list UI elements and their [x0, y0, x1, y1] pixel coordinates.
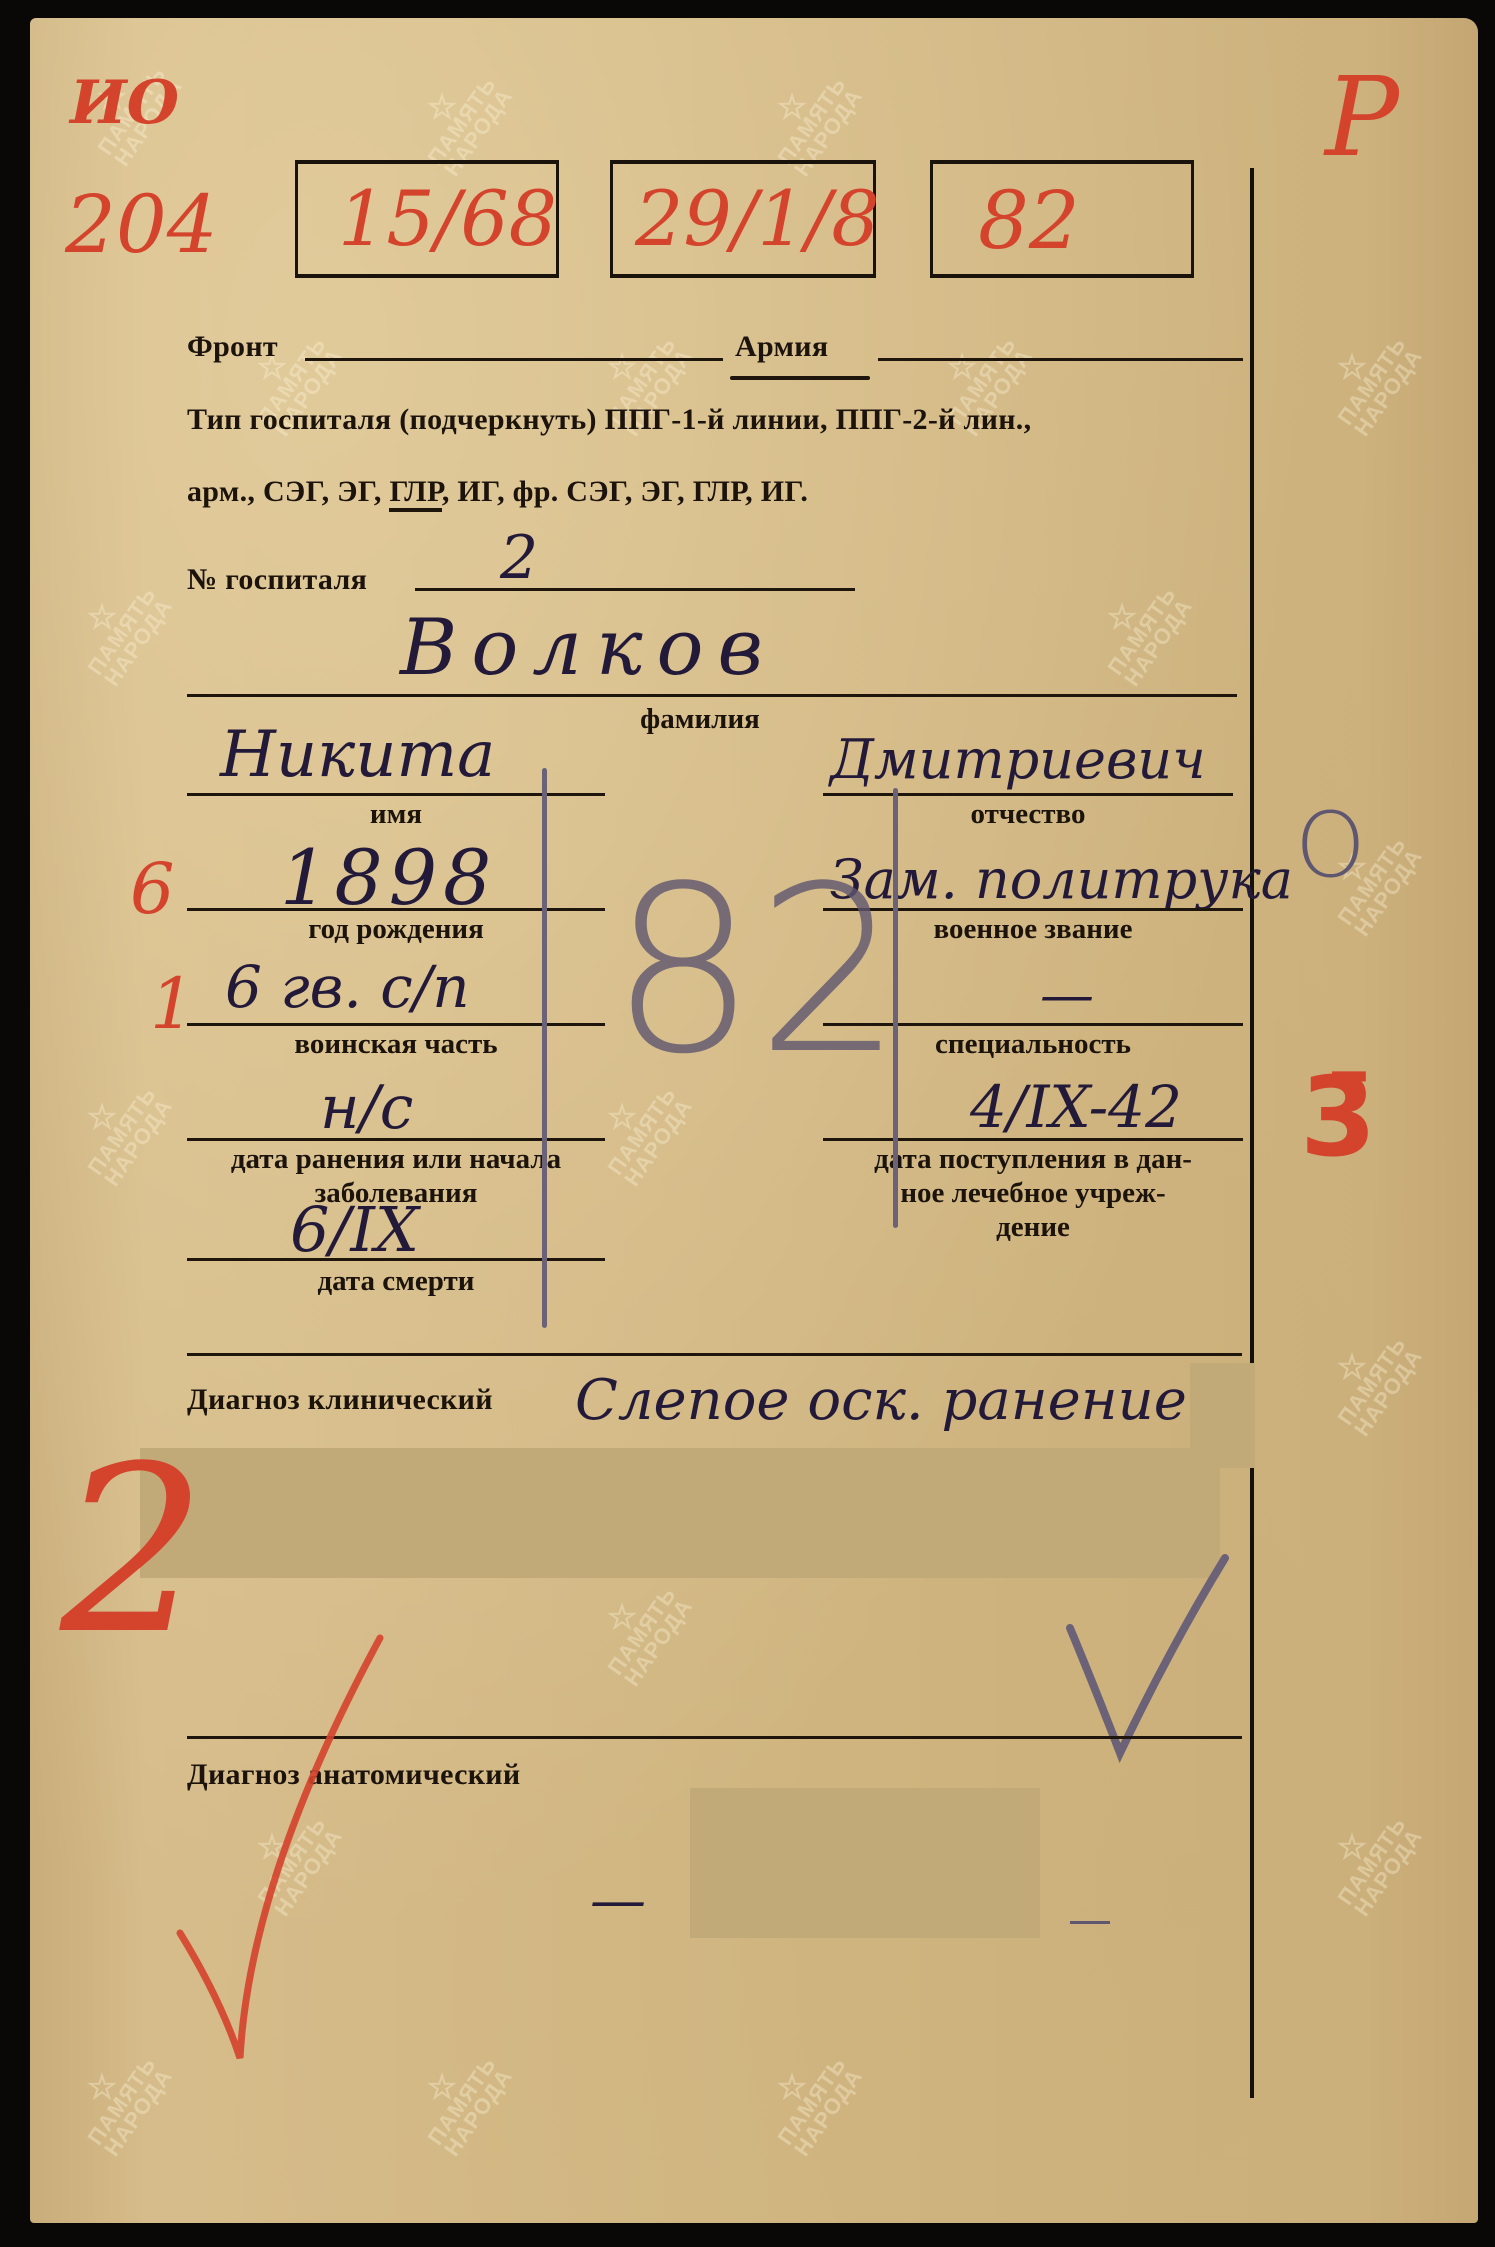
- admission-date-label-2: ное лечебное учреж-: [823, 1176, 1243, 1210]
- star-icon: ☆: [572, 1107, 673, 1127]
- admission-date-value: 4/IX-42: [970, 1073, 1182, 1141]
- watermark: ☆ПАМЯТЬНАРОДА: [1315, 320, 1425, 440]
- army-underline: [730, 376, 870, 380]
- unit-value: 6 гв. с/п: [225, 953, 470, 1021]
- pencil-dash: [1070, 1921, 1110, 1924]
- redaction-block: [690, 1788, 1040, 1938]
- front-label: Фронт: [187, 330, 278, 364]
- hospital-type-line2: арм., СЭГ, ЭГ, ГЛР, ИГ, фр. СЭГ, ЭГ, ГЛР…: [187, 475, 808, 509]
- star-icon: ☆: [742, 97, 843, 117]
- specialty-value: —: [1040, 963, 1094, 1026]
- header-box-1-value: 15/68: [338, 174, 557, 263]
- header-box-2: 29/1/8: [610, 160, 876, 278]
- hospital-number-value: 2: [500, 523, 538, 593]
- pencil-stroke-left: [542, 768, 547, 1328]
- hospital-number-label: № госпиталя: [187, 563, 367, 597]
- front-field-line: [305, 358, 723, 361]
- star-icon: ☆: [1302, 357, 1403, 377]
- watermark: ☆ПАМЯТЬНАРОДА: [1315, 1320, 1425, 1440]
- star-icon: ☆: [1302, 1837, 1403, 1857]
- watermark: ☆ПАМЯТЬНАРОДА: [585, 1570, 695, 1690]
- red-check-icon: [150, 1618, 410, 2078]
- surname-line: [187, 694, 1237, 697]
- watermark: ☆ПАМЯТЬНАРОДА: [1085, 570, 1195, 690]
- army-label: Армия: [735, 330, 828, 364]
- wound-date-value: н/с: [320, 1073, 413, 1143]
- star-icon: ☆: [1302, 1357, 1403, 1377]
- hospital-type-line1: Тип госпиталя (подчеркнуть) ППГ-1-й лини…: [187, 403, 1031, 437]
- margin-note-top-left-2: 204: [65, 178, 218, 271]
- margin-note-birth: 6: [130, 848, 175, 930]
- patronymic-label: отчество: [823, 797, 1233, 831]
- admission-date-label-3: дение: [823, 1210, 1243, 1244]
- star-icon: ☆: [52, 2077, 153, 2097]
- surname-value: Волков: [400, 603, 777, 693]
- watermark: ☆ПАМЯТЬНАРОДА: [65, 1070, 175, 1190]
- star-icon: ☆: [572, 1607, 673, 1627]
- margin-note-top-right: Р: [1325, 53, 1399, 181]
- clinical-diagnosis-label: Диагноз клинический: [187, 1383, 493, 1417]
- clinical-diagnosis-value: Слепое оск. ранение: [575, 1368, 1187, 1433]
- army-field-line: [878, 358, 1243, 361]
- pencil-annotation-82: 82: [610, 838, 903, 1105]
- hospital-type-selected: ГЛР: [389, 475, 441, 512]
- first-name-value: Никита: [220, 718, 495, 792]
- header-box-2-value: 29/1/8: [635, 174, 880, 263]
- admission-date-line: [823, 1138, 1243, 1141]
- watermark: ☆ПАМЯТЬНАРОДА: [65, 570, 175, 690]
- clinical-diagnosis-top-line: [187, 1353, 1242, 1356]
- anatomical-diagnosis-value: —: [590, 1868, 646, 1933]
- patronymic-line: [823, 793, 1233, 796]
- star-icon: ☆: [52, 607, 153, 627]
- watermark: ☆ПАМЯТЬНАРОДА: [755, 2040, 865, 2160]
- watermark: ☆ПАМЯТЬНАРОДА: [1315, 1800, 1425, 1920]
- admission-date-label-1: дата поступления в дан-: [823, 1142, 1243, 1176]
- document-card: ☆ПАМЯТЬНАРОДА ☆ПАМЯТЬНАРОДА ☆ПАМЯТЬНАРОД…: [30, 18, 1478, 2223]
- star-icon: ☆: [392, 97, 493, 117]
- header-box-3: 82: [930, 160, 1194, 278]
- surname-label: фамилия: [610, 702, 790, 736]
- star-icon: ☆: [742, 2077, 843, 2097]
- margin-note-circle: О: [1295, 793, 1366, 898]
- form-right-border: [1250, 168, 1254, 2098]
- watermark: ☆ПАМЯТЬНАРОДА: [405, 2040, 515, 2160]
- header-box-1: 15/68: [295, 160, 559, 278]
- star-icon: ☆: [52, 1107, 153, 1127]
- star-icon: ☆: [392, 2077, 493, 2097]
- pencil-check-icon: [1040, 1538, 1240, 1768]
- margin-note-three: 3̄: [1300, 1053, 1377, 1181]
- margin-note-top-left-1: ИО: [70, 68, 179, 138]
- patronymic-value: Дмитриевич: [830, 728, 1206, 791]
- header-box-3-value: 82: [978, 174, 1080, 267]
- hospital-number-line: [415, 588, 855, 591]
- death-date-value: 6/IX: [290, 1193, 419, 1266]
- star-icon: ☆: [1072, 607, 1173, 627]
